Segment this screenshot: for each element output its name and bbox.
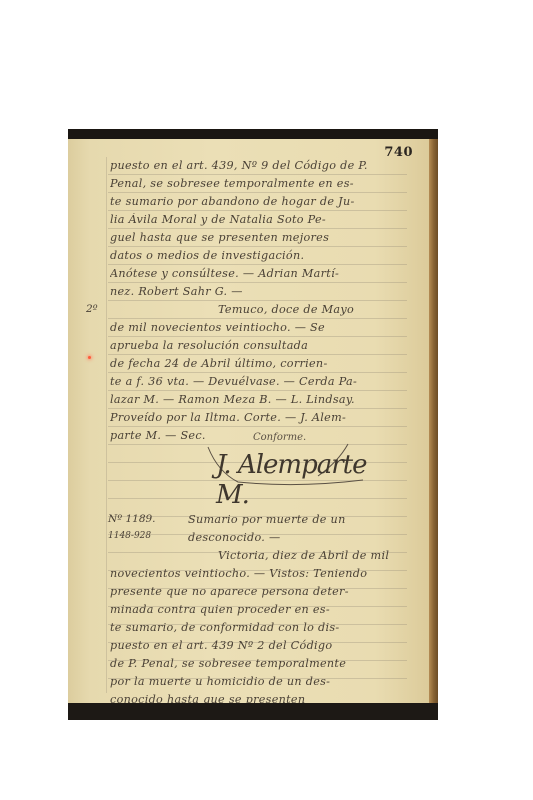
light-reflection-dot <box>88 356 91 359</box>
entry3-line: Victoria, diez de Abril de mil <box>218 549 409 567</box>
entry3-line: de P. Penal, se sobresee temporalmente <box>110 657 409 675</box>
entry3-line: minada contra quien proceder en es- <box>110 603 409 621</box>
entry3-line: presente que no aparece persona deter- <box>110 585 409 603</box>
entry2-line: lazar M. — Ramon Meza B. — L. Lindsay. <box>110 393 409 411</box>
entry1-line: puesto en el art. 439, Nº 9 del Código d… <box>110 159 409 177</box>
entry3-line: por la muerte u homicidio de un des- <box>110 675 409 693</box>
signature-name: J. Alemparte M. <box>216 450 368 510</box>
entry1-line: lia Ávila Moral y de Natalia Soto Pe- <box>110 213 409 231</box>
entry3-title-line: desconocido. — <box>188 531 409 549</box>
entry2-line: te a f. 36 vta. — Devuélvase. — Cerda Pa… <box>110 375 409 393</box>
page-number: 740 <box>384 145 413 160</box>
entry3-line: puesto en el art. 439 Nº 2 del Código <box>110 639 409 657</box>
page-edge <box>429 139 438 703</box>
entry3-title-line: Sumario por muerte de un <box>188 513 409 531</box>
entry2-line: Proveído por la Iltma. Corte. — J. Alem- <box>110 411 409 429</box>
scan-bottom-shadow <box>68 703 438 720</box>
entry1-line: datos o medios de investigación. <box>110 249 409 267</box>
entry3-margin-label: Nº 1189. <box>108 513 156 525</box>
entry3-line: novecientos veintiocho. — Vistos: Tenien… <box>110 567 409 585</box>
ledger-page: 740 puesto en el art. 439, Nº 9 del Códi… <box>68 139 429 703</box>
entry2-margin-label: 2º <box>86 303 98 315</box>
signature: J. Alemparte M. <box>198 442 368 487</box>
entry2-line: de fecha 24 de Abril último, corrien- <box>110 357 409 375</box>
entry1-line: te sumario por abandono de hogar de Ju- <box>110 195 409 213</box>
entry2-line: aprueba la resolución consultada <box>110 339 409 357</box>
entry2-line: de mil novecientos veintiocho. — Se <box>110 321 409 339</box>
entry1-line: Anótese y consúltese. — Adrian Martí- <box>110 267 409 285</box>
entry1-line: guel hasta que se presenten mejores <box>110 231 409 249</box>
margin-line <box>106 157 107 693</box>
entry1-line: Penal, se sobresee temporalmente en es- <box>110 177 409 195</box>
entry2-line: Temuco, doce de Mayo <box>218 303 409 321</box>
entry3-line: te sumario, de conformidad con lo dis- <box>110 621 409 639</box>
entry1-line: nez. Robert Sahr G. — <box>110 285 409 303</box>
scanned-ledger-image: 740 puesto en el art. 439, Nº 9 del Códi… <box>68 129 438 720</box>
entry3-margin-sublabel: 1148-928 <box>108 531 151 541</box>
